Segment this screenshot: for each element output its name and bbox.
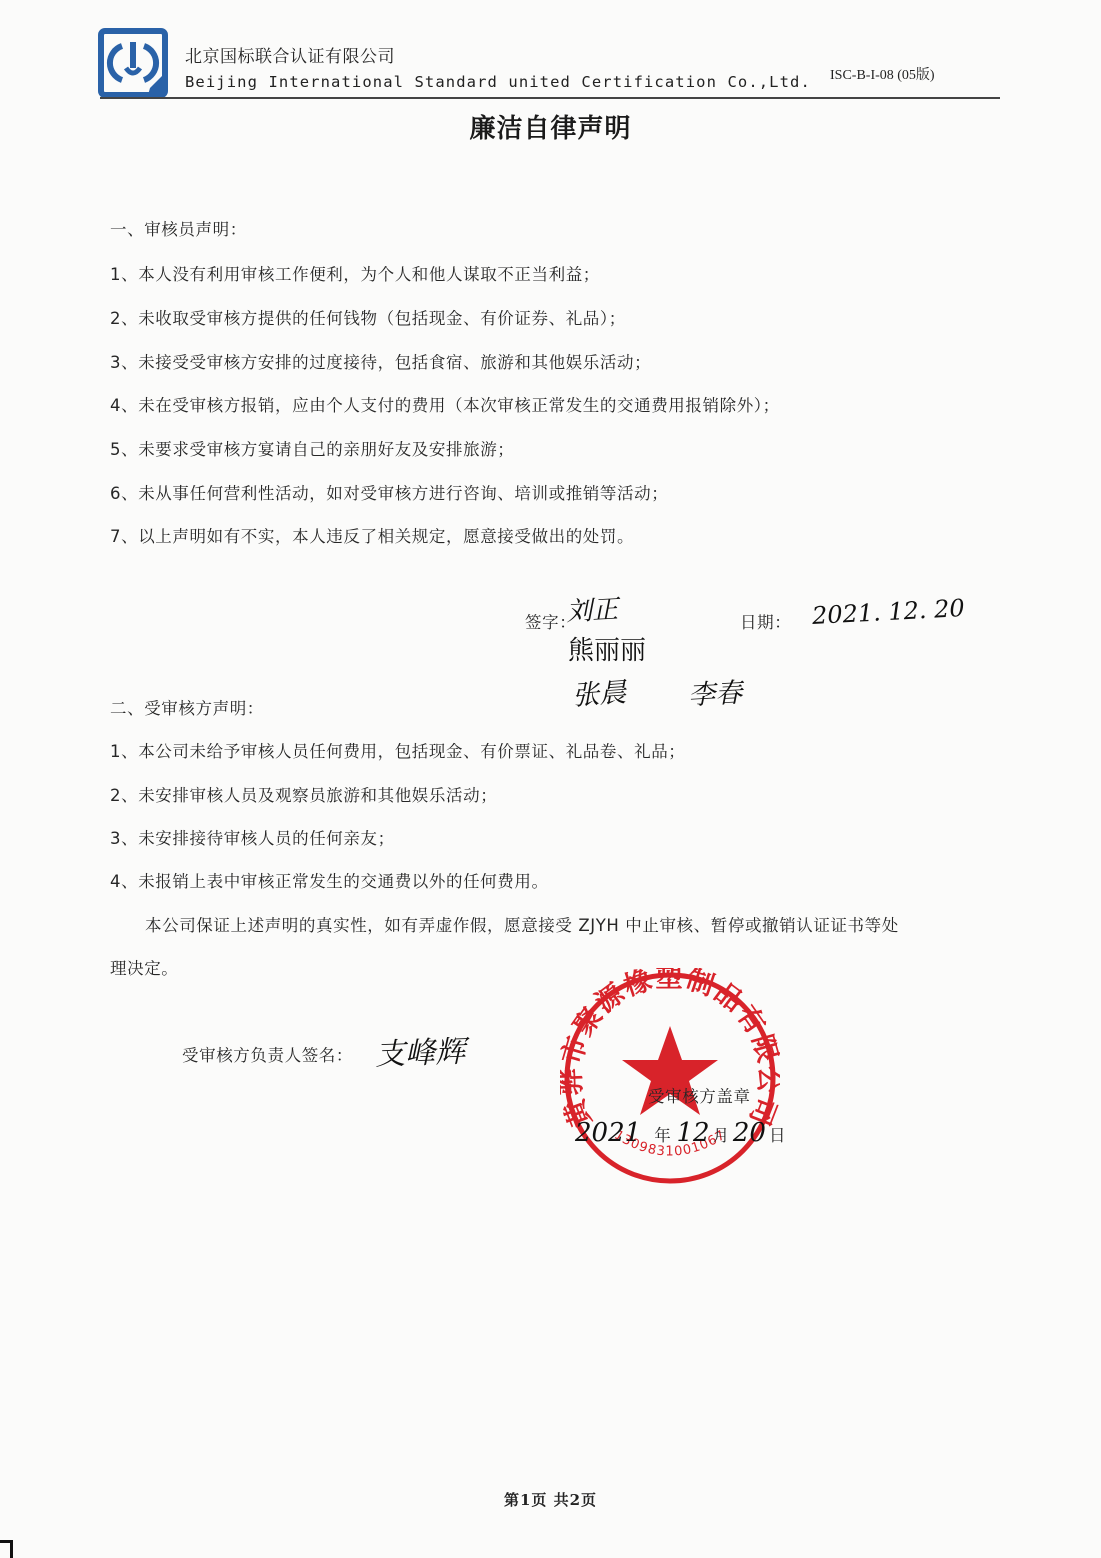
seal-icon: 黄骅市聚源橡塑制品有限公司 1309831001067 — [560, 968, 780, 1188]
auditor-date: 2021. 12. 20 — [811, 594, 965, 630]
auditor-item: 7、以上声明如有不实，本人违反了相关规定，愿意接受做出的处罚。 — [110, 523, 634, 547]
responsible-signature: 支峰辉 — [374, 1026, 465, 1073]
auditee-section-heading: 二、受审核方声明： — [110, 695, 264, 719]
seal-date: 2021 年 12 月 20 日 — [575, 1118, 784, 1148]
year-label: 年 — [654, 1126, 671, 1145]
document-code: ISC-B-I-08 (05版) — [830, 64, 935, 84]
auditee-item: 4、未报销上表中审核正常发生的交通费以外的任何费用。 — [110, 868, 549, 892]
header-divider — [100, 97, 1000, 99]
auditor-signature: 李春 — [687, 671, 743, 713]
logo-icon — [98, 28, 168, 98]
guarantee-text-cont: 理决定。 — [110, 955, 178, 979]
auditor-signature: 刘正 — [565, 589, 619, 629]
auditee-item: 1、本公司未给予审核人员任何费用，包括现金、有价票证、礼品卷、礼品； — [110, 738, 685, 762]
auditor-item: 5、未要求受审核方宴请自己的亲朋好友及安排旅游； — [110, 436, 514, 460]
company-logo — [98, 28, 168, 98]
auditee-item: 2、未安排审核人员及观察员旅游和其他娱乐活动； — [110, 782, 497, 806]
auditee-item: 3、未安排接待审核人员的任何亲友； — [110, 825, 395, 849]
seal-date-year: 2021 — [575, 1118, 641, 1148]
date-label: 日期： — [740, 609, 791, 633]
company-name-cn: 北京国标联合认证有限公司 — [185, 42, 395, 67]
day-label: 日 — [769, 1126, 786, 1145]
company-name-en: Beijing International Standard united Ce… — [185, 73, 811, 91]
guarantee-text: 本公司保证上述声明的真实性，如有弄虚作假，愿意接受 ZJYH 中止审核、暂停或撤… — [145, 912, 899, 936]
document-title: 廉洁自律声明 — [0, 108, 1101, 145]
page-number: 第1页 共2页 — [0, 1489, 1101, 1510]
auditor-item: 3、未接受受审核方安排的过度接待，包括食宿、旅游和其他娱乐活动； — [110, 349, 651, 373]
auditor-item: 1、本人没有利用审核工作便利，为个人和他人谋取不正当利益； — [110, 261, 600, 285]
company-seal: 黄骅市聚源橡塑制品有限公司 1309831001067 — [560, 968, 780, 1188]
auditor-section-heading: 一、审核员声明： — [110, 216, 247, 240]
responsible-signature-label: 受审核方负责人签名： — [182, 1042, 353, 1066]
auditor-item: 6、未从事任何营利性活动，如对受审核方进行咨询、培训或推销等活动； — [110, 480, 668, 504]
month-label: 月 — [713, 1126, 730, 1145]
auditor-signature: 熊丽丽 — [568, 630, 646, 667]
seal-date-day: 20 — [733, 1118, 766, 1148]
seal-label: 受审核方盖章 — [648, 1083, 751, 1107]
auditor-signature: 张晨 — [571, 670, 628, 713]
seal-date-month: 12 — [676, 1118, 709, 1148]
auditor-item: 2、未收取受审核方提供的任何钱物（包括现金、有价证券、礼品）； — [110, 305, 626, 329]
scan-edge-mark — [0, 1540, 13, 1558]
auditor-item: 4、未在受审核方报销，应由个人支付的费用（本次审核正常发生的交通费用报销除外）； — [110, 392, 780, 416]
